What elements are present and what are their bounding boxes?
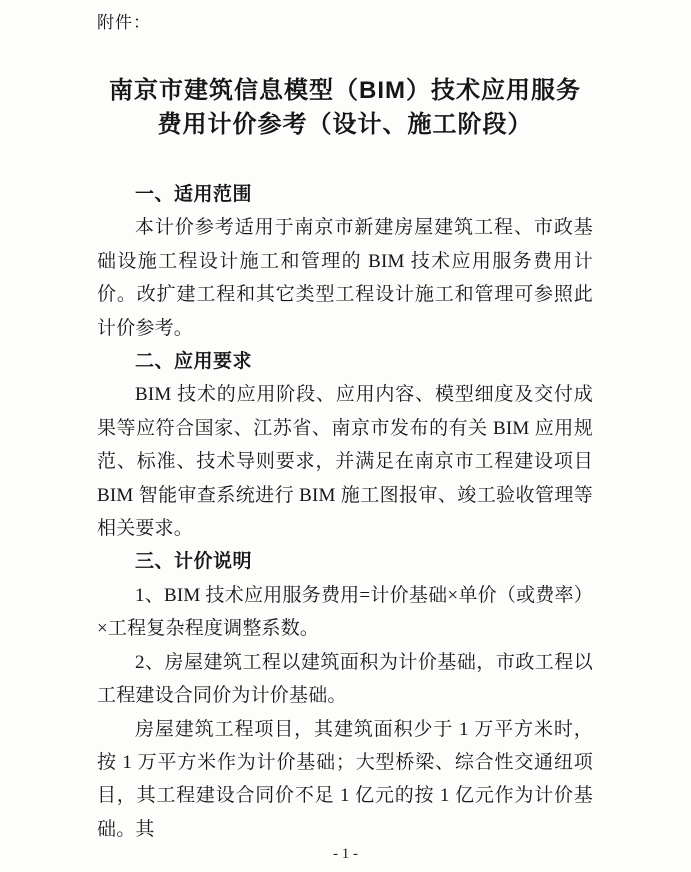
- section-heading-application-requirements: 二、应用要求: [135, 345, 593, 378]
- section-scope: 一、适用范围 本计价参考适用于南京市新建房屋建筑工程、市政基础设施工程设计施工和…: [97, 178, 593, 345]
- paragraph: BIM 技术的应用阶段、应用内容、模型细度及交付成果等应符合国家、江苏省、南京市…: [97, 378, 593, 545]
- paragraph: 房屋建筑工程项目，其建筑面积少于 1 万平方米时，按 1 万平方米作为计价基础；…: [97, 713, 593, 847]
- document-title-line-2: 费用计价参考（设计、施工阶段）: [97, 108, 593, 142]
- document-body: 一、适用范围 本计价参考适用于南京市新建房屋建筑工程、市政基础设施工程设计施工和…: [97, 178, 593, 846]
- document-title-line-1: 南京市建筑信息模型（BIM）技术应用服务: [97, 74, 593, 108]
- section-pricing-notes: 三、计价说明 1、BIM 技术应用服务费用=计价基础×单价（或费率）×工程复杂程…: [97, 545, 593, 846]
- document-title: 南京市建筑信息模型（BIM）技术应用服务 费用计价参考（设计、施工阶段）: [97, 74, 593, 142]
- page-number: - 1 -: [0, 844, 691, 864]
- paragraph: 2、房屋建筑工程以建筑面积为计价基础，市政工程以工程建设合同价为计价基础。: [97, 646, 593, 713]
- paragraph: 1、BIM 技术应用服务费用=计价基础×单价（或费率）×工程复杂程度调整系数。: [97, 579, 593, 646]
- document-page: 附件： 南京市建筑信息模型（BIM）技术应用服务 费用计价参考（设计、施工阶段）…: [0, 0, 691, 872]
- section-application-requirements: 二、应用要求 BIM 技术的应用阶段、应用内容、模型细度及交付成果等应符合国家、…: [97, 345, 593, 545]
- section-heading-pricing-notes: 三、计价说明: [135, 545, 593, 578]
- section-heading-scope: 一、适用范围: [135, 178, 593, 211]
- paragraph: 本计价参考适用于南京市新建房屋建筑工程、市政基础设施工程设计施工和管理的 BIM…: [97, 211, 593, 345]
- attachment-label: 附件：: [97, 12, 593, 34]
